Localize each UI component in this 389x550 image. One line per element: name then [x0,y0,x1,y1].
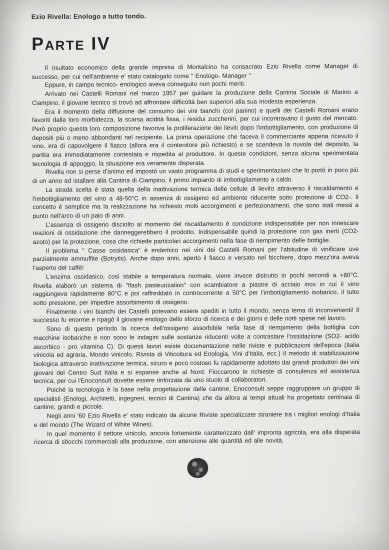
body-text: Il risultato economico della grande impr… [32,63,360,448]
paragraph: Arrivato nei Castelli Romani nel marzo 1… [32,89,358,108]
running-header: Ezio Rivella: Enologo a tutto tondo. [31,12,357,21]
paragraph: Il problema " Casse ossidasica" è endemi… [33,246,359,274]
page-title: Parte IV [32,32,358,55]
paragraph: Poiché la tecnologia è la base nella pro… [34,385,360,413]
paragraph: Negli anni '60 Ezio Rivella e' stato ind… [34,411,360,430]
paragraph: L'assenza di ossigeno disciolto al momen… [33,220,359,248]
ink-stamp-icon [187,458,208,478]
paragraph: L'enzima ossidasico, così stabile a temp… [33,272,359,309]
stamp-row [34,457,360,484]
paragraph: La strada scelta è stata quella della in… [32,185,358,222]
paragraph: Era il momento della diffusione del cons… [32,107,358,170]
scanned-page: Ezio Rivella: Enologo a tutto tondo. Par… [0,0,389,550]
paragraph: In quel momento il settore vinicolo, anc… [34,429,360,448]
paragraph: Rivella non si perse d'animo ed impostò … [32,167,358,186]
paragraph: Finalmente i vini bianchi dei Castelli p… [33,307,359,326]
paragraph: Il risultato economico della grande impr… [32,63,358,82]
paragraph: Sono di questo periodo la ricerca dell'o… [33,324,359,387]
